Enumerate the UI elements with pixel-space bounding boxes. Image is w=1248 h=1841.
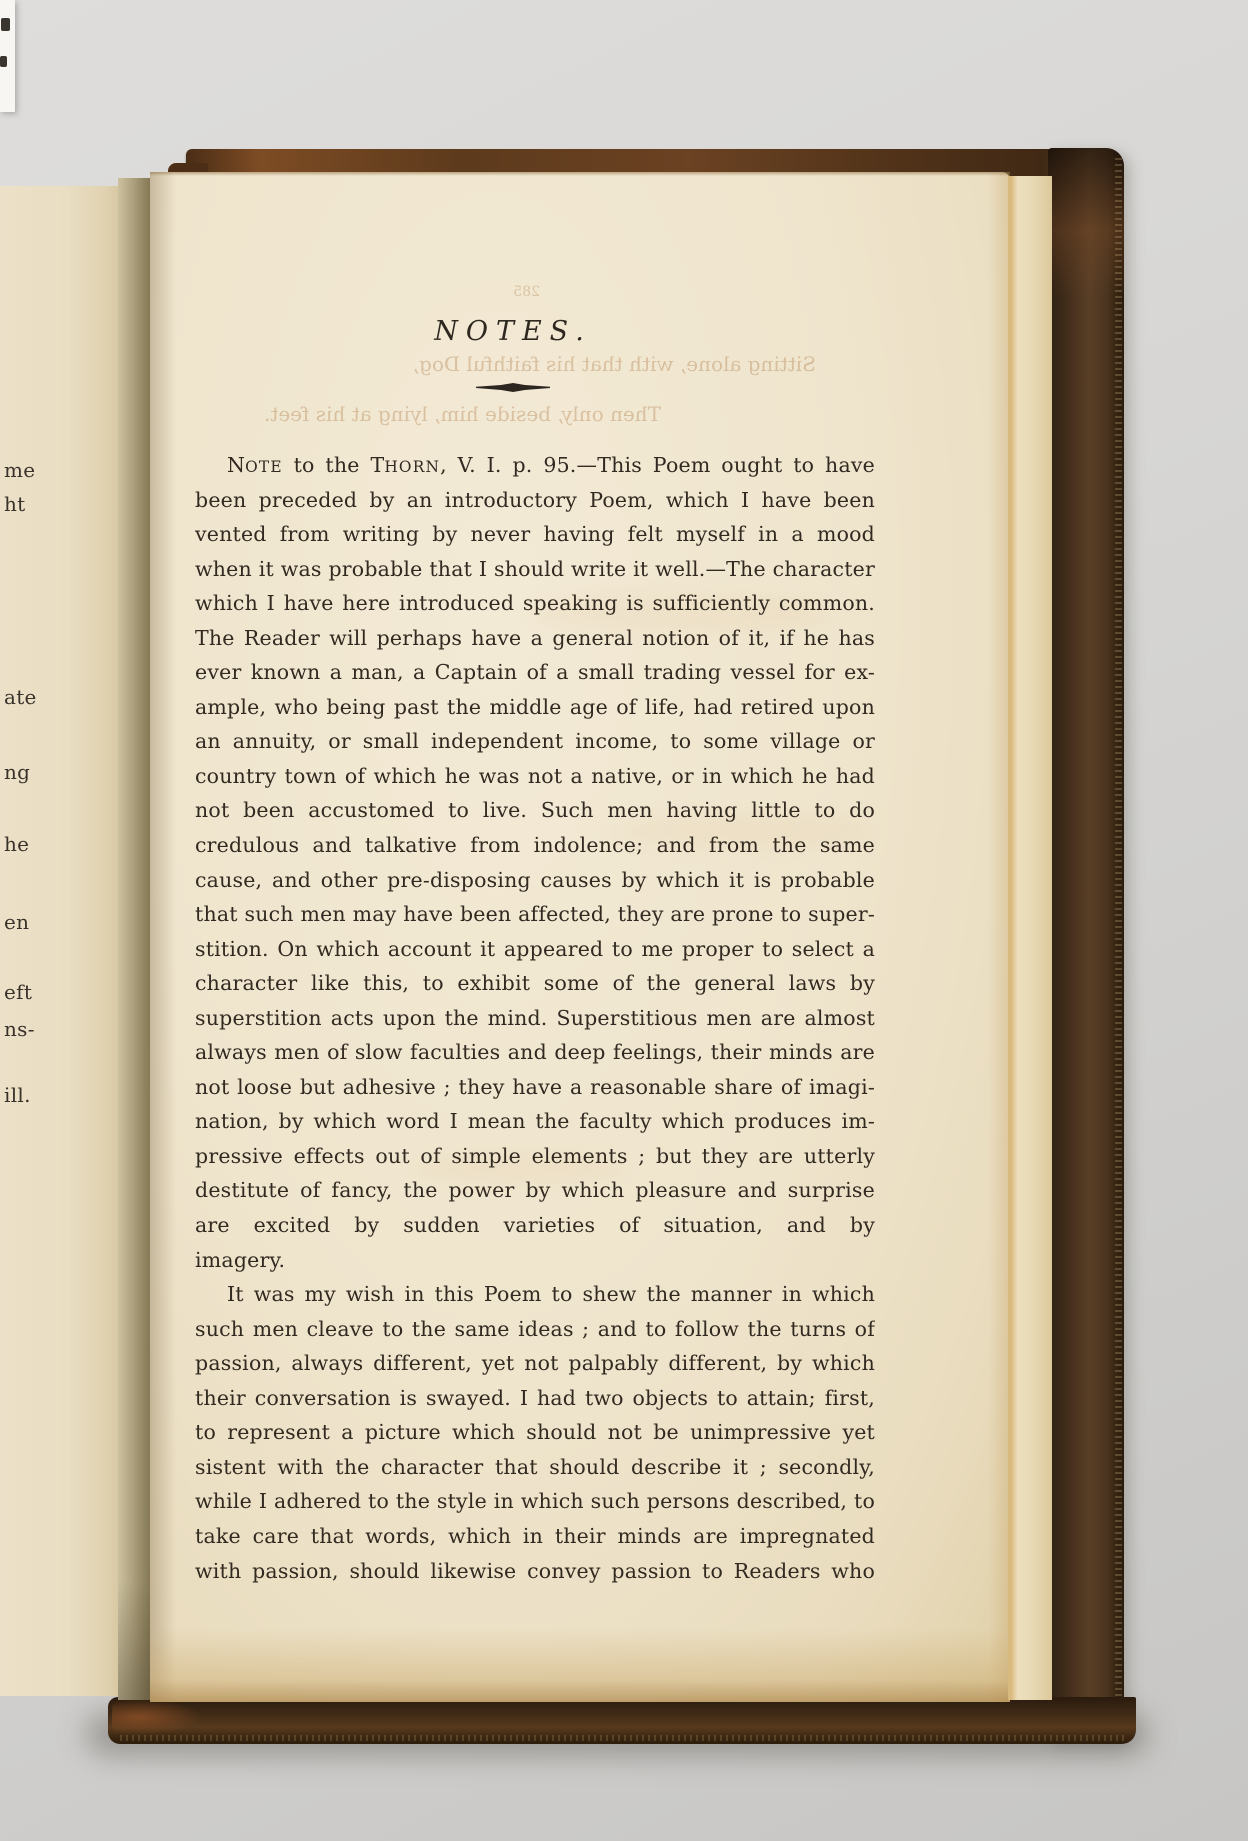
text-line: that such men may have been affected, th… [195, 897, 875, 932]
text-line: sistent with the character that should d… [195, 1450, 875, 1485]
text-line: The Reader will perhaps have a general n… [195, 621, 875, 656]
section-divider-rule [476, 383, 550, 392]
text-line: It was my wish in this Poem to shew the … [195, 1277, 875, 1312]
text-line: to represent a picture which should not … [195, 1415, 875, 1450]
facing-page-text-fragment: he [4, 832, 29, 856]
text-line: are excited by sudden varieties of situa… [195, 1208, 875, 1243]
page-heading: NOTES. [173, 316, 853, 347]
text-segment: N [227, 453, 245, 477]
text-line: not loose but adhesive ; they have a rea… [195, 1070, 875, 1105]
page-top-edge [150, 172, 1010, 176]
text-line: stition. On which account it appeared to… [195, 932, 875, 967]
text-line: not been accustomed to live. Such men ha… [195, 793, 875, 828]
text-line: take care that words, which in their min… [195, 1519, 875, 1554]
facing-page-text-fragment: en [4, 910, 29, 934]
text-line: pressive effects out of simple elements … [195, 1139, 875, 1174]
bleedthrough-line: Then only, beside him, lying at his feet… [196, 402, 661, 426]
note-paragraphs: Note to the Thorn, V. I. p. 95.—This Poe… [195, 448, 875, 1588]
facing-page-text-fragment: ns- [4, 1017, 35, 1041]
text-line: while I adhered to the style in which su… [195, 1484, 875, 1519]
text-line: their conversation is swayed. I had two … [195, 1381, 875, 1416]
book-photograph: mehtatengheeneftns-ill. 285Sitting alone… [0, 0, 1248, 1841]
text-line: ever known a man, a Captain of a small t… [195, 655, 875, 690]
page-text-block: NOTES. Note to the Thorn, V. I. p. 95.—T… [195, 172, 875, 392]
leather-binding-right-edge [1048, 148, 1124, 1742]
facing-page-edge: mehtatengheeneftns-ill. [0, 186, 124, 1696]
paper-scrap-mark [1, 18, 10, 31]
small-caps-text: ote [245, 458, 283, 476]
paper-scrap-mark [0, 56, 7, 67]
leather-binding-bottom-edge [108, 1697, 1136, 1744]
text-line: nation, by which word I mean the faculty… [195, 1104, 875, 1139]
text-line: with passion, should likewise convey pas… [195, 1554, 875, 1589]
text-line: which I have here introduced speaking is… [195, 586, 875, 621]
text-line: Note to the Thorn, V. I. p. 95.—This Poe… [195, 448, 875, 483]
text-line: passion, always different, yet not palpa… [195, 1346, 875, 1381]
text-line: character like this, to exhibit some of … [195, 966, 875, 1001]
text-segment: , V. I. p. 95.—This Poem ought to have [440, 453, 875, 477]
text-line: such men cleave to the same ideas ; and … [195, 1312, 875, 1347]
text-line: country town of which he was not a nativ… [195, 759, 875, 794]
text-line: an annuity, or small independent income,… [195, 724, 875, 759]
text-line: superstition acts upon the mind. Superst… [195, 1001, 875, 1036]
facing-page-text-fragment: ng [4, 760, 30, 784]
facing-page-text-fragment: eft [4, 980, 32, 1004]
text-line: vented from writing by never having felt… [195, 517, 875, 552]
facing-page-text-fragment: ht [4, 492, 26, 516]
text-line: been preceded by an introductory Poem, w… [195, 483, 875, 518]
book-gutter [118, 178, 154, 1700]
small-caps-text: horn [384, 458, 440, 476]
text-line: destitute of fancy, the power by which p… [195, 1173, 875, 1208]
page-bottom-shade [150, 1628, 1010, 1702]
text-line: always men of slow faculties and deep fe… [195, 1035, 875, 1070]
page-fore-edge [1008, 176, 1052, 1700]
text-line: credulous and talkative from indolence; … [195, 828, 875, 863]
notes-page: 285Sitting alone, with that his faithful… [150, 172, 1010, 1702]
text-line: cause, and other pre-disposing causes by… [195, 863, 875, 898]
text-line: ample, who being past the middle age of … [195, 690, 875, 725]
paper-scrap [0, 0, 15, 112]
text-line: imagery. [195, 1243, 875, 1278]
facing-page-text-fragment: ill. [4, 1083, 31, 1107]
text-line: when it was probable that I should write… [195, 552, 875, 587]
text-segment: T [370, 453, 384, 477]
facing-page-text-fragment: ate [4, 685, 37, 709]
text-segment: to the [283, 453, 371, 477]
facing-page-text-fragment: me [4, 458, 35, 482]
